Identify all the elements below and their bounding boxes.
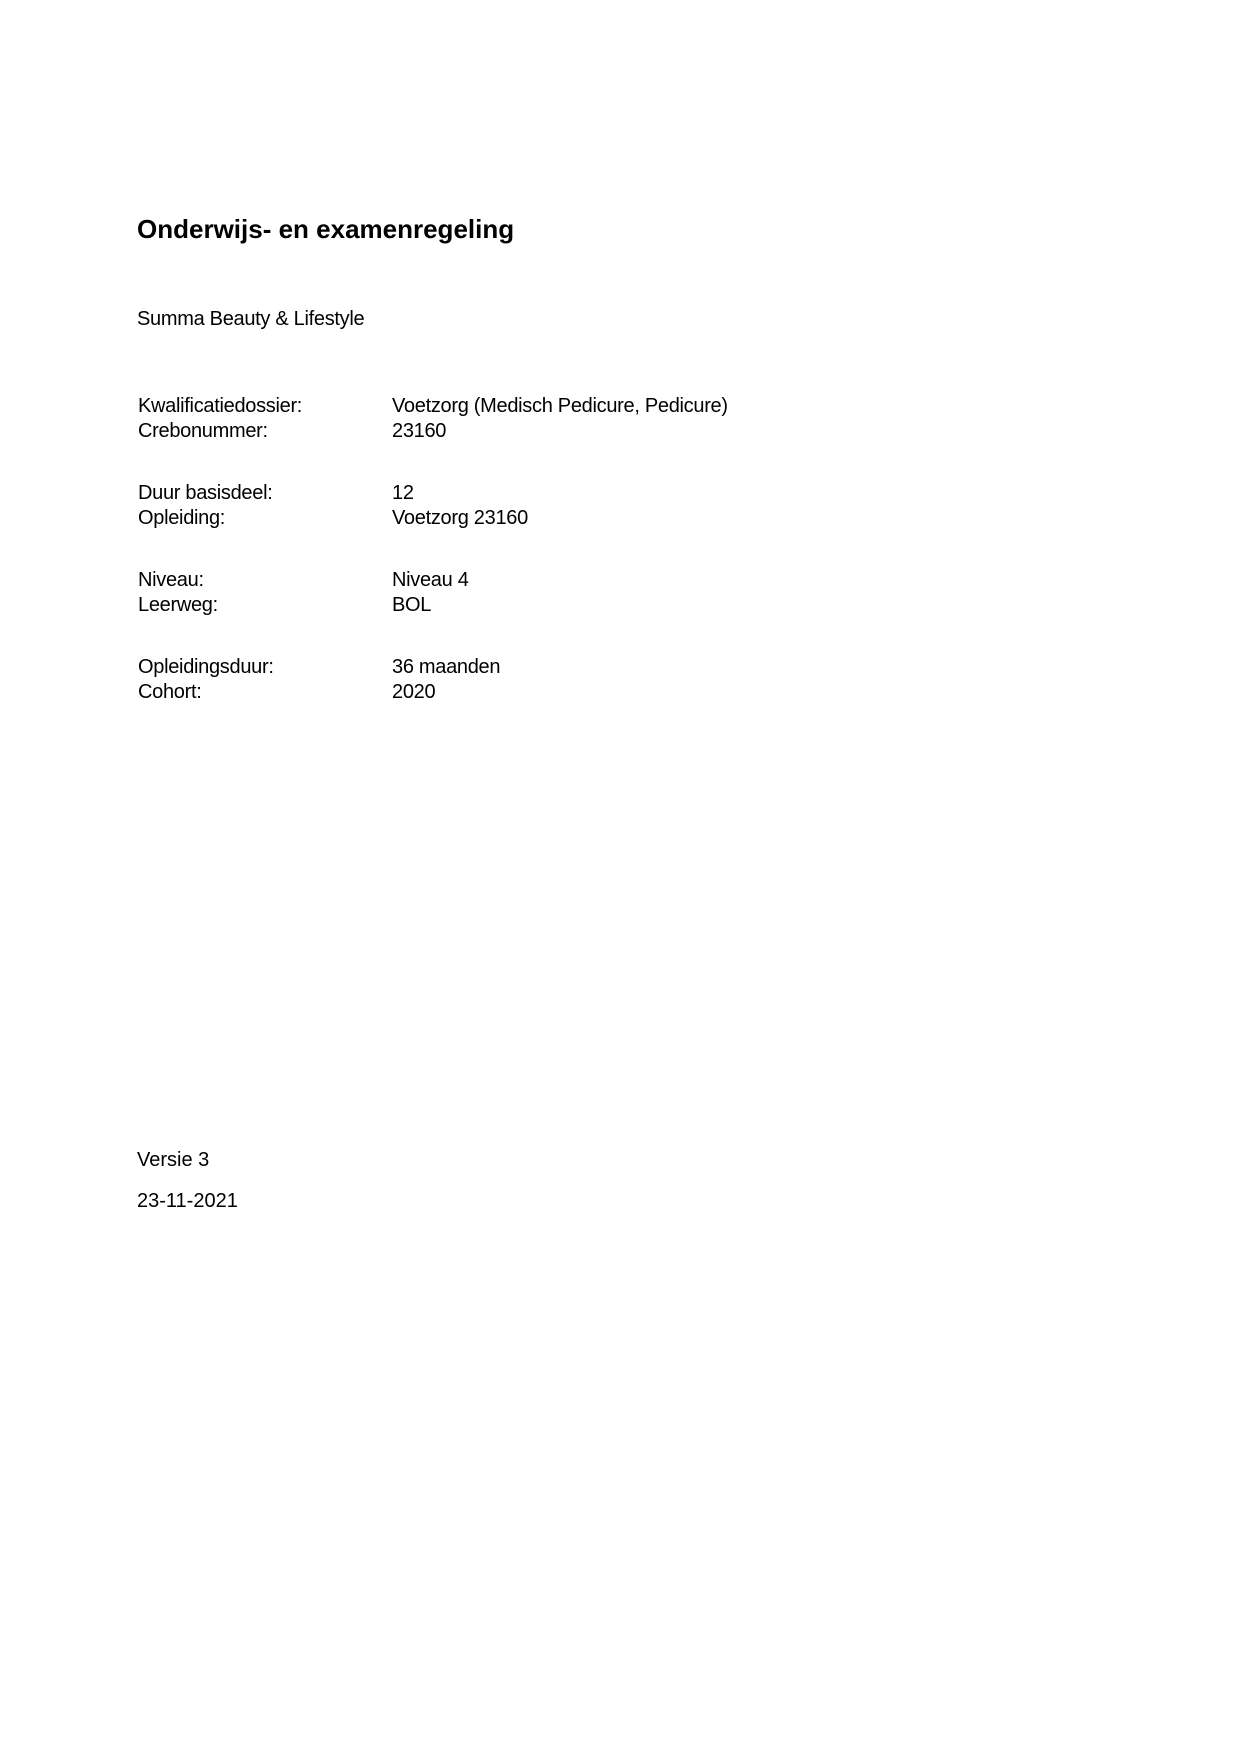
info-row-cohort: Cohort: 2020 bbox=[138, 680, 838, 705]
info-label: Duur basisdeel: bbox=[138, 481, 272, 506]
info-row-niveau: Niveau: Niveau 4 bbox=[138, 568, 838, 593]
info-label: Niveau: bbox=[138, 568, 204, 593]
info-row-crebonummer: Crebonummer: 23160 bbox=[138, 419, 838, 444]
info-value: 2020 bbox=[392, 680, 435, 705]
info-row-leerweg: Leerweg: BOL bbox=[138, 593, 838, 618]
info-label: Cohort: bbox=[138, 680, 202, 705]
document-date: 23-11-2021 bbox=[137, 1189, 238, 1213]
info-group-level: Niveau: Niveau 4 Leerweg: BOL bbox=[138, 568, 838, 618]
info-group-program: Duur basisdeel: 12 Opleiding: Voetzorg 2… bbox=[138, 481, 838, 531]
info-value: Niveau 4 bbox=[392, 568, 469, 593]
info-value: 36 maanden bbox=[392, 655, 500, 680]
document-page: Onderwijs- en examenregeling Summa Beaut… bbox=[0, 0, 1240, 1755]
info-label: Kwalificatiedossier: bbox=[138, 394, 302, 419]
info-value: 12 bbox=[392, 481, 414, 506]
info-label: Crebonummer: bbox=[138, 419, 268, 444]
info-value: 23160 bbox=[392, 419, 446, 444]
info-value: Voetzorg 23160 bbox=[392, 506, 528, 531]
info-group-qualification: Kwalificatiedossier: Voetzorg (Medisch P… bbox=[138, 394, 838, 444]
info-group-duration: Opleidingsduur: 36 maanden Cohort: 2020 bbox=[138, 655, 838, 705]
institution-name: Summa Beauty & Lifestyle bbox=[137, 307, 364, 331]
document-title: Onderwijs- en examenregeling bbox=[137, 214, 514, 244]
info-row-opleidingsduur: Opleidingsduur: 36 maanden bbox=[138, 655, 838, 680]
info-row-duur-basisdeel: Duur basisdeel: 12 bbox=[138, 481, 838, 506]
info-row-kwalificatiedossier: Kwalificatiedossier: Voetzorg (Medisch P… bbox=[138, 394, 838, 419]
info-value: BOL bbox=[392, 593, 431, 618]
info-value: Voetzorg (Medisch Pedicure, Pedicure) bbox=[392, 394, 728, 419]
info-label: Leerweg: bbox=[138, 593, 218, 618]
info-row-opleiding: Opleiding: Voetzorg 23160 bbox=[138, 506, 838, 531]
info-label: Opleiding: bbox=[138, 506, 225, 531]
info-label: Opleidingsduur: bbox=[138, 655, 274, 680]
version-label: Versie 3 bbox=[137, 1148, 209, 1172]
